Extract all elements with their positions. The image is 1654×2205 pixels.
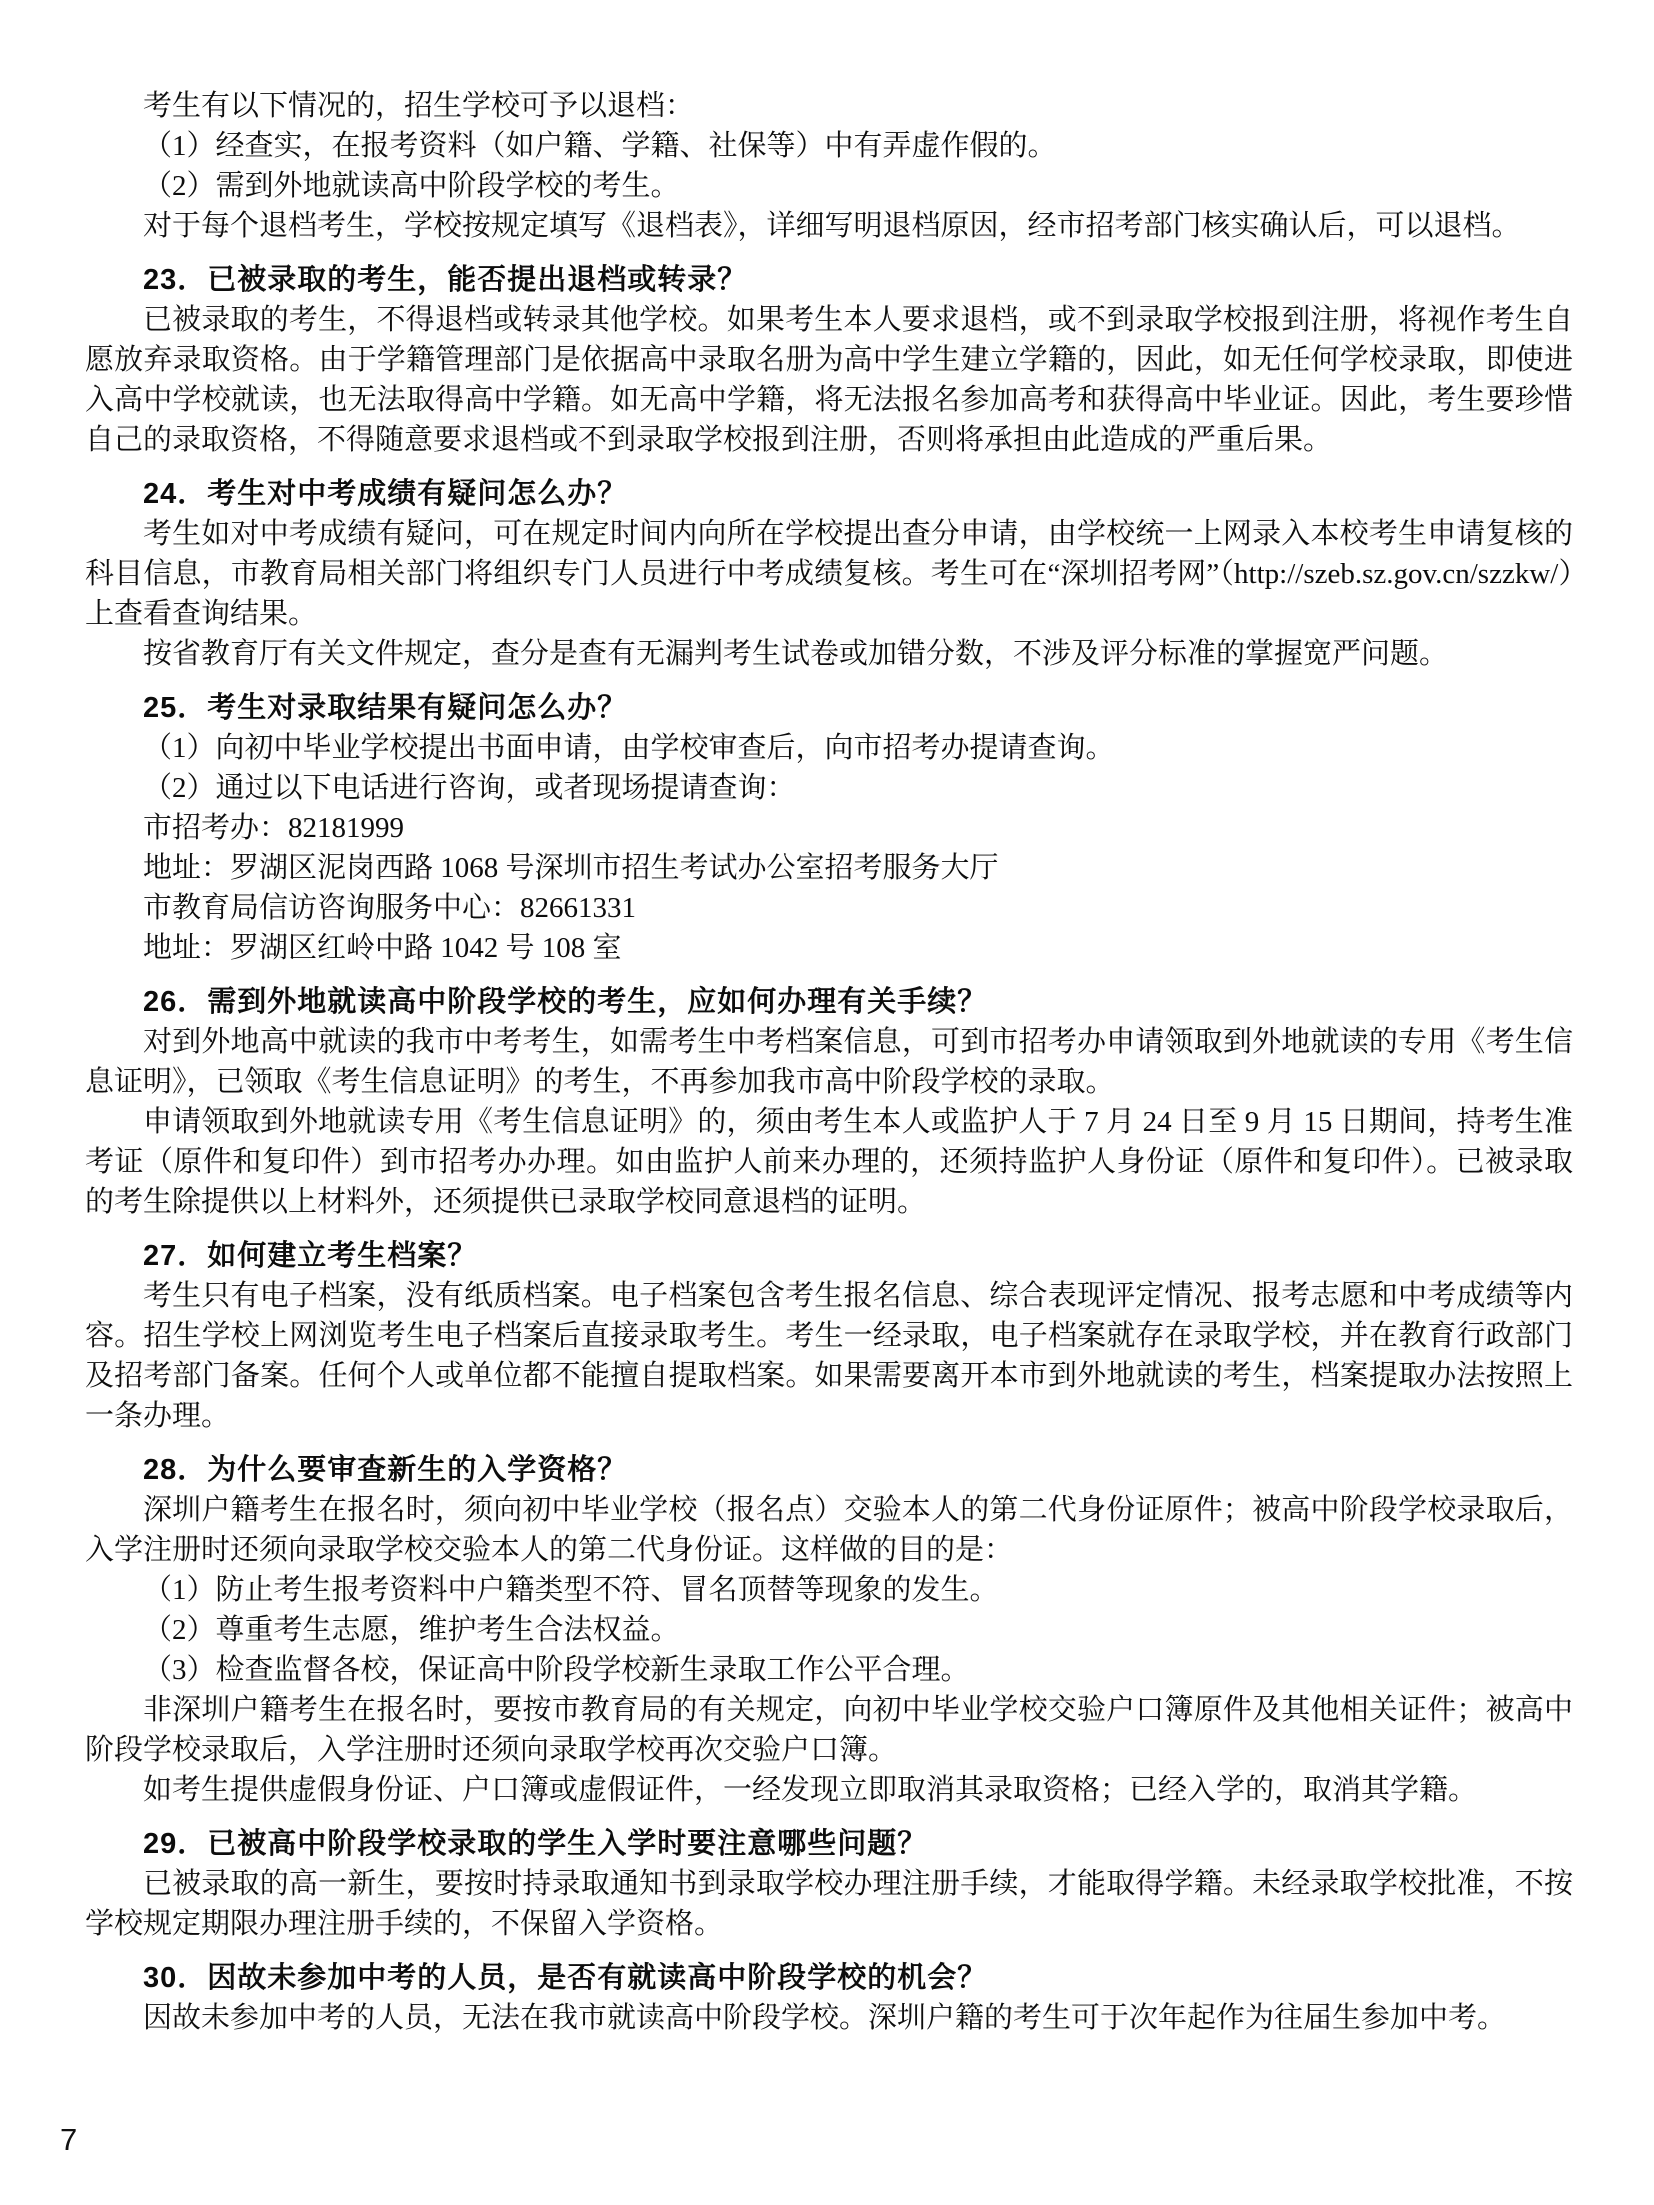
answer-28-penalty: 如考生提供虚假身份证、户口簿或虚假证件，一经发现立即取消其录取资格；已经入学的，… <box>85 1770 1573 1810</box>
question-23-heading: 23．已被录取的考生，能否提出退档或转录？ <box>85 260 1573 300</box>
question-28-heading: 28．为什么要审查新生的入学资格？ <box>85 1450 1573 1490</box>
withdraw-procedure: 对于每个退档考生，学校按规定填写《退档表》，详细写明退档原因，经市招考部门核实确… <box>85 206 1573 246</box>
question-25-heading: 25．考生对录取结果有疑问怎么办？ <box>85 688 1573 728</box>
answer-27: 考生只有电子档案，没有纸质档案。电子档案包含考生报名信息、综合表现评定情况、报考… <box>85 1276 1573 1436</box>
withdraw-conditions-intro: 考生有以下情况的，招生学校可予以退档： <box>85 86 1573 126</box>
xinfang-center-address: 地址：罗湖区红岭中路 1042 号 108 室 <box>85 928 1573 968</box>
answer-28-intro: 深圳户籍考生在报名时，须向初中毕业学校（报名点）交验本人的第二代身份证原件；被高… <box>85 1490 1573 1570</box>
zhaokaoban-phone: 市招考办：82181999 <box>85 808 1573 848</box>
answer-30: 因故未参加中考的人员，无法在我市就读高中阶段学校。深圳户籍的考生可于次年起作为往… <box>85 1998 1573 2038</box>
answer-28-item2: （2）尊重考生志愿，维护考生合法权益。 <box>85 1610 1573 1650</box>
answer-23: 已被录取的考生，不得退档或转录其他学校。如果考生本人要求退档，或不到录取学校报到… <box>85 300 1573 460</box>
answer-29: 已被录取的高一新生，要按时持录取通知书到录取学校办理注册手续，才能取得学籍。未经… <box>85 1864 1573 1944</box>
answer-24-part2: 按省教育厅有关文件规定，查分是查有无漏判考生试卷或加错分数，不涉及评分标准的掌握… <box>85 634 1573 674</box>
answer-26-part1: 对到外地高中就读的我市中考考生，如需考生中考档案信息，可到市招考办申请领取到外地… <box>85 1022 1573 1102</box>
question-26-heading: 26．需到外地就读高中阶段学校的考生，应如何办理有关手续？ <box>85 982 1573 1022</box>
question-29-heading: 29．已被高中阶段学校录取的学生入学时要注意哪些问题？ <box>85 1824 1573 1864</box>
answer-24-part1: 考生如对中考成绩有疑问，可在规定时间内向所在学校提出查分申请，由学校统一上网录入… <box>85 514 1573 634</box>
answer-26-part2: 申请领取到外地就读专用《考生信息证明》的，须由考生本人或监护人于 7 月 24 … <box>85 1102 1573 1222</box>
faq-document-body: 考生有以下情况的，招生学校可予以退档： （1）经查实，在报考资料（如户籍、学籍、… <box>85 86 1573 2038</box>
xinfang-center-phone: 市教育局信访咨询服务中心：82661331 <box>85 888 1573 928</box>
withdraw-condition-1: （1）经查实，在报考资料（如户籍、学籍、社保等）中有弄虚作假的。 <box>85 126 1573 166</box>
answer-28-item3: （3）检查监督各校，保证高中阶段学校新生录取工作公平合理。 <box>85 1650 1573 1690</box>
zhaokaoban-address: 地址：罗湖区泥岗西路 1068 号深圳市招生考试办公室招考服务大厅 <box>85 848 1573 888</box>
question-24-heading: 24．考生对中考成绩有疑问怎么办？ <box>85 474 1573 514</box>
page-number: 7 <box>60 2120 77 2160</box>
answer-25-item2: （2）通过以下电话进行咨询，或者现场提请查询： <box>85 768 1573 808</box>
answer-25-item1: （1）向初中毕业学校提出书面申请，由学校审查后，向市招考办提请查询。 <box>85 728 1573 768</box>
answer-28-item1: （1）防止考生报考资料中户籍类型不符、冒名顶替等现象的发生。 <box>85 1570 1573 1610</box>
withdraw-condition-2: （2）需到外地就读高中阶段学校的考生。 <box>85 166 1573 206</box>
question-27-heading: 27．如何建立考生档案？ <box>85 1236 1573 1276</box>
question-30-heading: 30．因故未参加中考的人员，是否有就读高中阶段学校的机会？ <box>85 1958 1573 1998</box>
answer-28-nonlocal: 非深圳户籍考生在报名时，要按市教育局的有关规定，向初中毕业学校交验户口簿原件及其… <box>85 1690 1573 1770</box>
